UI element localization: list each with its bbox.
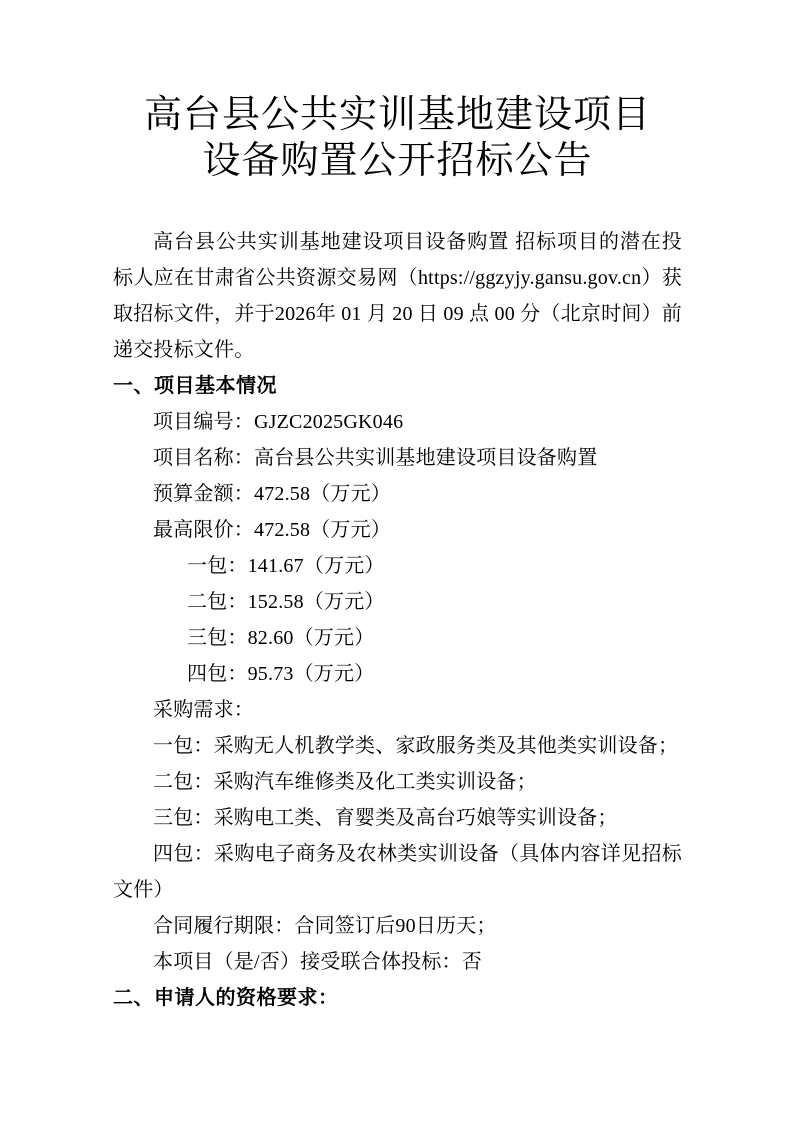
contract-period-line: 合同履行期限：合同签订后90日历天；	[113, 908, 682, 944]
budget-line: 预算金额：472.58（万元）	[113, 476, 682, 512]
section-1-heading: 一、项目基本情况	[113, 368, 682, 404]
procurement-label: 采购需求：	[113, 692, 682, 728]
procurement-item-1: 一包：采购无人机教学类、家政服务类及其他类实训设备；	[113, 728, 682, 764]
package-price-line-2: 二包：152.58（万元）	[113, 584, 682, 620]
section-2-heading: 二、申请人的资格要求：	[113, 980, 682, 1016]
procurement-item-2: 二包：采购汽车维修类及化工类实训设备；	[113, 764, 682, 800]
intro-paragraph: 高台县公共实训基地建设项目设备购置 招标项目的潜在投标人应在甘肃省公共资源交易网…	[113, 224, 682, 368]
package-price-line-3: 三包：82.60（万元）	[113, 620, 682, 656]
document-title-line-1: 高台县公共实训基地建设项目	[113, 92, 682, 138]
document-title: 高台县公共实训基地建设项目 设备购置公开招标公告	[113, 92, 682, 184]
max-price-line: 最高限价：472.58（万元）	[113, 512, 682, 548]
joint-bid-line: 本项目（是/否）接受联合体投标：否	[113, 944, 682, 980]
package-price-line-1: 一包：141.67（万元）	[113, 548, 682, 584]
procurement-item-4: 四包：采购电子商务及农林类实训设备（具体内容详见招标文件）	[113, 836, 682, 908]
package-price-line-4: 四包：95.73（万元）	[113, 656, 682, 692]
procurement-item-3: 三包：采购电工类、育婴类及高台巧娘等实训设备；	[113, 800, 682, 836]
document-title-line-2: 设备购置公开招标公告	[113, 138, 682, 184]
document-page: 高台县公共实训基地建设项目 设备购置公开招标公告 高台县公共实训基地建设项目设备…	[0, 0, 794, 1123]
project-number-line: 项目编号：GJZC2025GK046	[113, 404, 682, 440]
project-name-line: 项目名称：高台县公共实训基地建设项目设备购置	[113, 440, 682, 476]
